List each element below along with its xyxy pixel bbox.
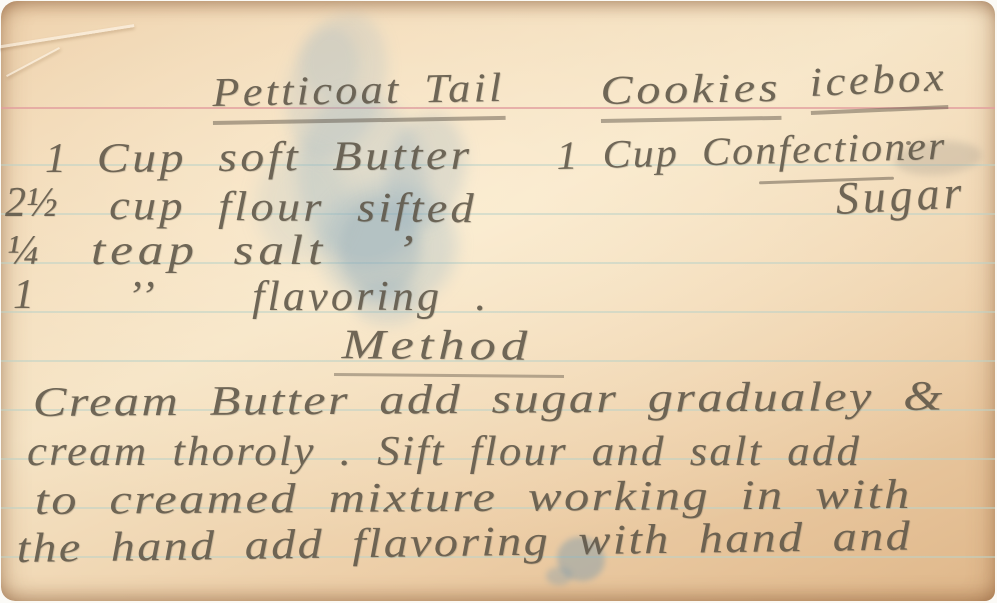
ingredient-qty: 2½: [5, 179, 58, 227]
recipe-title-cookies: Cookies: [600, 64, 782, 123]
ingredient-right-line2: Sugar: [834, 166, 966, 226]
ingredient-text: ’’ flavoring .: [127, 273, 489, 321]
pencil-dot: [906, 141, 911, 145]
recipe-title-main: Petticoat Tail: [212, 64, 505, 125]
ingredient-qty: 1: [13, 271, 34, 319]
recipe-card: Petticoat Tail Cookies icebox 1 Cup soft…: [1, 1, 995, 601]
ingredient-qty: ¼: [7, 227, 39, 275]
ingredient-qty: 1: [45, 135, 66, 183]
method-heading: Method: [334, 321, 565, 378]
method-line: cream thoroly . Sift flour and salt add: [27, 428, 861, 476]
ingredient-text: cup flour sifted: [109, 182, 477, 234]
scanned-recipe-card-photo: Petticoat Tail Cookies icebox 1 Cup soft…: [0, 0, 997, 603]
recipe-title-icebox: icebox: [809, 53, 949, 115]
card-crease-small: [6, 47, 60, 77]
card-crease: [0, 24, 134, 49]
method-line: Cream Butter add sugar gradualey &: [33, 373, 945, 428]
ingredient-text: Cup soft Butter: [97, 132, 473, 184]
ingredient-text: teap salt ’: [91, 227, 419, 275]
